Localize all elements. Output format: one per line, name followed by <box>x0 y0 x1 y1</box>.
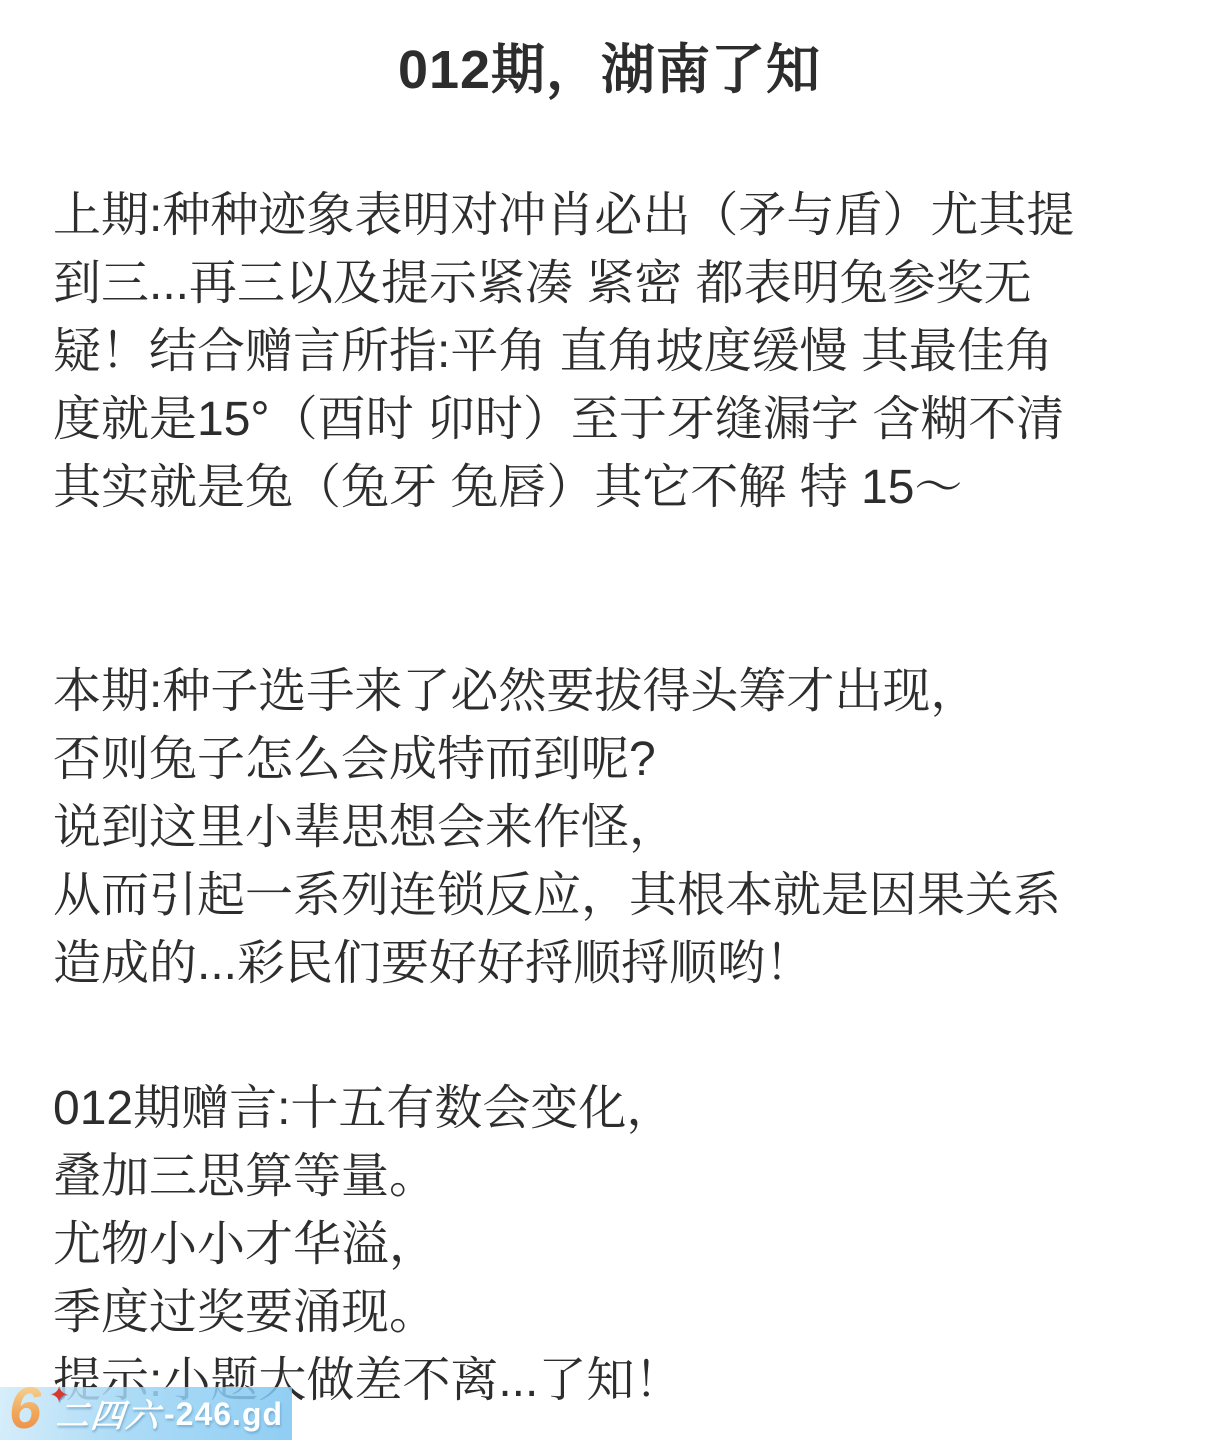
text-line: 到三...再三以及提示紧凑 紧密 都表明兔参奖无 <box>53 250 1183 318</box>
text-line: 季度过奖要涌现。 <box>53 1279 1183 1347</box>
watermark-banner: 6 ✦ 二四六 -246.gd <box>0 1387 292 1440</box>
page-title: 012期，湖南了知 <box>0 38 1219 102</box>
text-line: 造成的...彩民们要好好捋顺捋顺哟！ <box>53 930 1183 998</box>
text-line: 其实就是兔（兔牙 兔唇）其它不解 特 15～ <box>53 454 1183 522</box>
page: 012期，湖南了知 上期:种种迹象表明对冲肖必出（矛与盾）尤其提 到三...再三… <box>0 0 1219 1440</box>
watermark-logo-6: 6 <box>9 1380 41 1438</box>
text-line: 否则兔子怎么会成特而到呢? <box>53 726 1183 794</box>
text-line: 说到这里小辈思想会来作怪， <box>53 794 1183 862</box>
text-line: 疑！结合赠言所指:平角 直角坡度缓慢 其最佳角 <box>53 318 1183 386</box>
paragraph-last-issue: 上期:种种迹象表明对冲肖必出（矛与盾）尤其提 到三...再三以及提示紧凑 紧密 … <box>53 182 1183 522</box>
text-line: 叠加三思算等量。 <box>53 1143 1183 1211</box>
text-line: 度就是15°（酉时 卯时）至于牙缝漏字 含糊不清 <box>53 386 1183 454</box>
text-line: 本期:种子选手来了必然要拔得头筹才出现， <box>53 658 1183 726</box>
watermark-domain-text: -246.gd <box>164 1396 283 1432</box>
text-line: 012期赠言:十五有数会变化， <box>53 1075 1183 1143</box>
paragraph-gift-words: 012期赠言:十五有数会变化， 叠加三思算等量。 尤物小小才华溢， 季度过奖要涌… <box>53 1075 1183 1415</box>
text-line: 从而引起一系列连锁反应，其根本就是因果关系 <box>53 862 1183 930</box>
watermark-brand-text: 二四六 <box>54 1398 163 1434</box>
text-line: 上期:种种迹象表明对冲肖必出（矛与盾）尤其提 <box>53 182 1183 250</box>
text-line: 尤物小小才华溢， <box>53 1211 1183 1279</box>
paragraph-this-issue: 本期:种子选手来了必然要拔得头筹才出现， 否则兔子怎么会成特而到呢? 说到这里小… <box>53 658 1183 998</box>
